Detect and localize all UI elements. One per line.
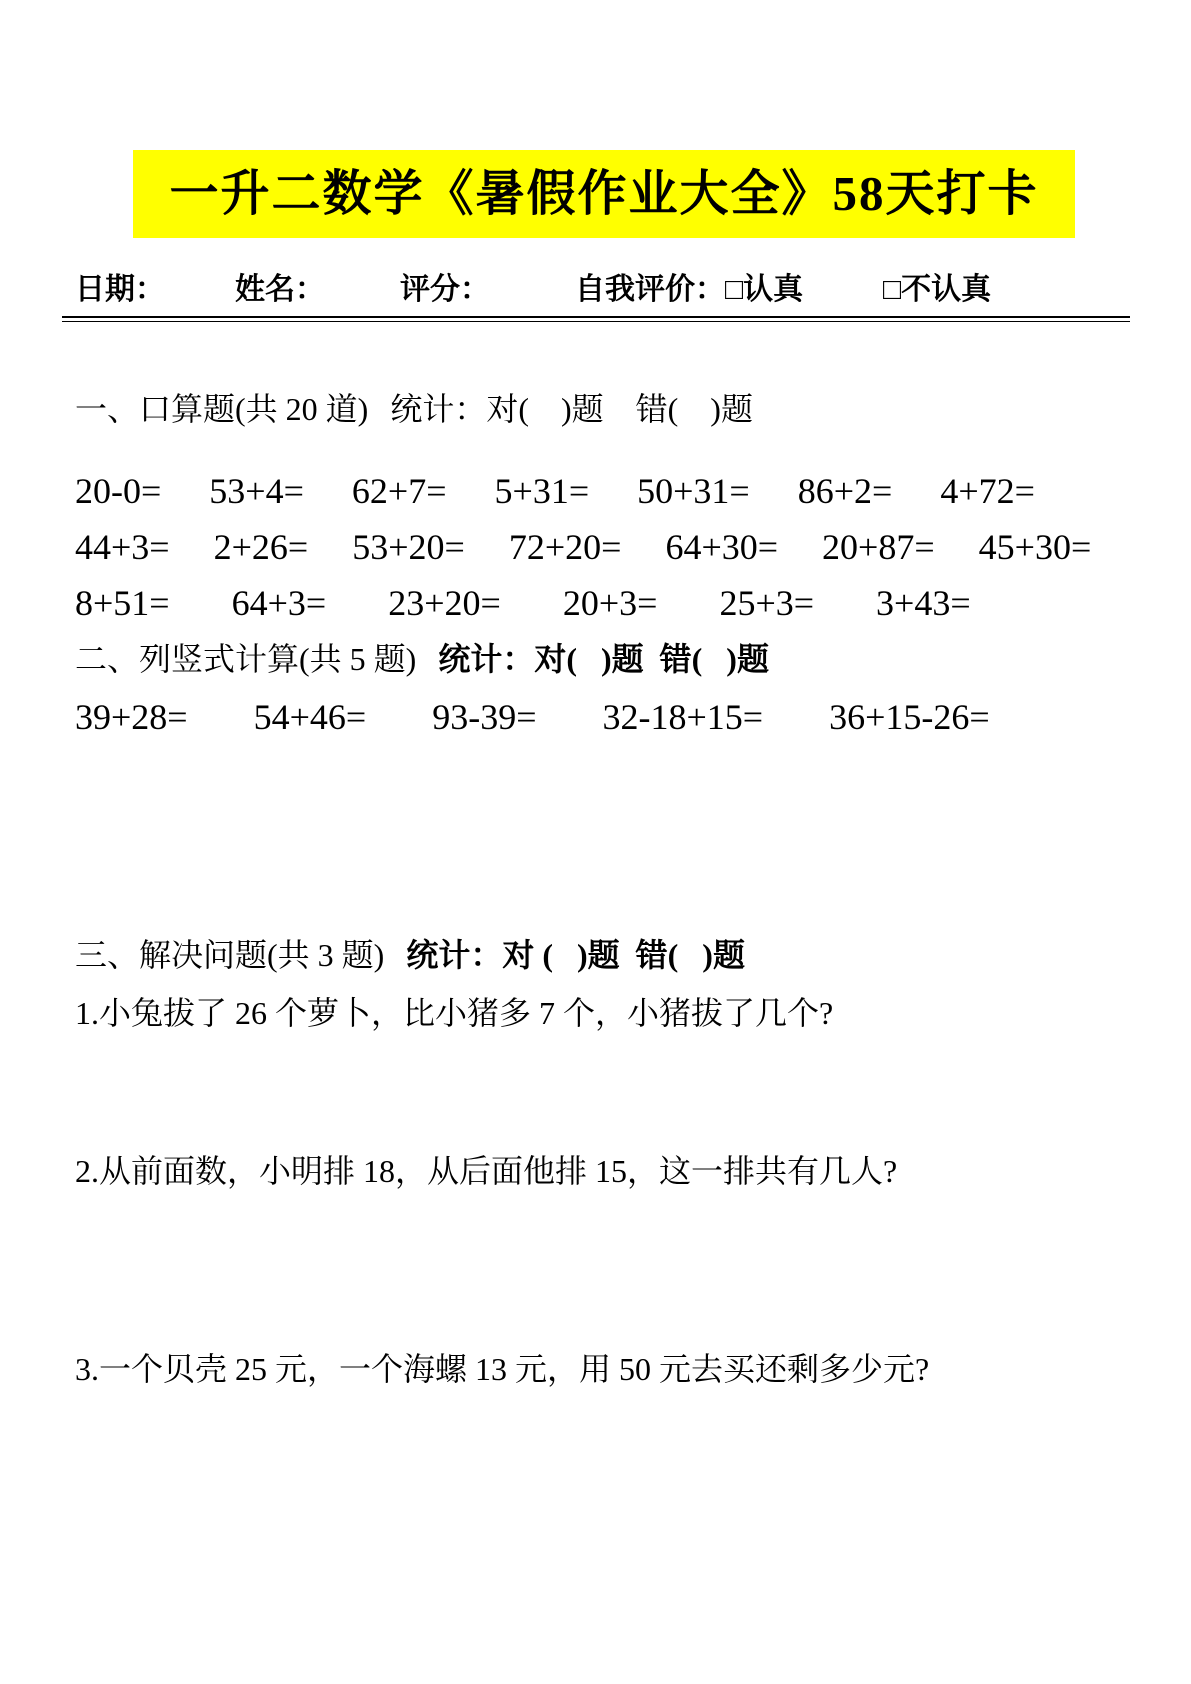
checkbox-not-serious-label: □不认真 — [883, 268, 991, 312]
name-label: 姓名： — [235, 268, 325, 312]
word-problem-3: 3.一个贝壳 25 元，一个海螺 13 元，用 50 元去买还剩多少元? — [75, 1346, 1133, 1392]
math-problem: 20+87= — [822, 526, 935, 568]
section-oral-stats: 统计：对( )题 错( )题 — [390, 391, 753, 427]
section-word-problems-title: 三、解决问题(共 3 题) — [75, 937, 384, 973]
section-vertical-heading: 二、列竖式计算(共 5 题)统计：对( )题 错( )题 — [75, 636, 1133, 682]
math-problem: 20-0= — [75, 470, 161, 512]
math-problem: 32-18+15= — [603, 696, 764, 738]
math-problem: 4+72= — [940, 470, 1035, 512]
oral-problem-row-3: 8+51=64+3=23+20=20+3=25+3=3+43= — [75, 578, 1133, 628]
section-vertical-title: 二、列竖式计算(共 5 题) — [75, 641, 416, 677]
math-problem: 25+3= — [719, 582, 814, 624]
math-problem: 23+20= — [388, 582, 501, 624]
math-problem: 3+43= — [876, 582, 971, 624]
header-double-underline — [62, 316, 1130, 322]
section-word-problems-stats: 统计：对 ( )题 错( )题 — [406, 937, 745, 973]
math-problem: 93-39= — [432, 696, 536, 738]
math-problem: 53+4= — [209, 470, 304, 512]
self-eval-label-with-checkbox-serious: 自我评价：□认真 — [575, 268, 803, 312]
worksheet-page: 一升二数学《暑假作业大全》58天打卡 日期： 姓名： 评分： 自我评价：□认真 … — [0, 0, 1191, 1684]
math-problem: 86+2= — [798, 470, 893, 512]
math-problem: 54+46= — [254, 696, 367, 738]
math-problem: 39+28= — [75, 696, 188, 738]
page-content: 一升二数学《暑假作业大全》58天打卡 日期： 姓名： 评分： 自我评价：□认真 … — [0, 150, 1191, 1392]
header-fill-in-row: 日期： 姓名： 评分： 自我评价：□认真 □不认真 — [75, 268, 1133, 318]
word-problem-1: 1.小兔拔了 26 个萝卜，比小猪多 7 个，小猪拔了几个? — [75, 990, 1133, 1036]
math-problem: 64+30= — [665, 526, 778, 568]
math-problem: 8+51= — [75, 582, 170, 624]
oral-problem-row-2: 44+3=2+26=53+20=72+20=64+30=20+87=45+30= — [75, 522, 1133, 572]
section-oral-title: 一、口算题(共 20 道) — [75, 391, 368, 427]
math-problem: 53+20= — [352, 526, 465, 568]
math-problem: 64+3= — [232, 582, 327, 624]
math-problem: 5+31= — [495, 470, 590, 512]
date-label: 日期： — [75, 268, 165, 312]
oral-problem-row-1: 20-0=53+4=62+7=5+31=50+31=86+2=4+72= — [75, 466, 1133, 516]
math-problem: 72+20= — [509, 526, 622, 568]
section-word-problems-heading: 三、解决问题(共 3 题)统计：对 ( )题 错( )题 — [75, 932, 1133, 978]
page-title: 一升二数学《暑假作业大全》58天打卡 — [133, 150, 1074, 238]
section-oral-heading: 一、口算题(共 20 道)统计：对( )题 错( )题 — [75, 386, 1133, 432]
score-label: 评分： — [400, 268, 490, 312]
word-problem-2: 2.从前面数，小明排 18，从后面他排 15，这一排共有几人? — [75, 1148, 1133, 1194]
math-problem: 62+7= — [352, 470, 447, 512]
vertical-problem-row: 39+28=54+46=93-39=32-18+15=36+15-26= — [75, 692, 1133, 742]
title-block: 一升二数学《暑假作业大全》58天打卡 — [75, 150, 1133, 238]
math-problem: 50+31= — [637, 470, 750, 512]
section-vertical-stats: 统计：对( )题 错( )题 — [438, 641, 769, 677]
math-problem: 44+3= — [75, 526, 170, 568]
math-problem: 20+3= — [563, 582, 658, 624]
math-problem: 45+30= — [979, 526, 1092, 568]
math-problem: 36+15-26= — [829, 696, 990, 738]
math-problem: 2+26= — [214, 526, 309, 568]
